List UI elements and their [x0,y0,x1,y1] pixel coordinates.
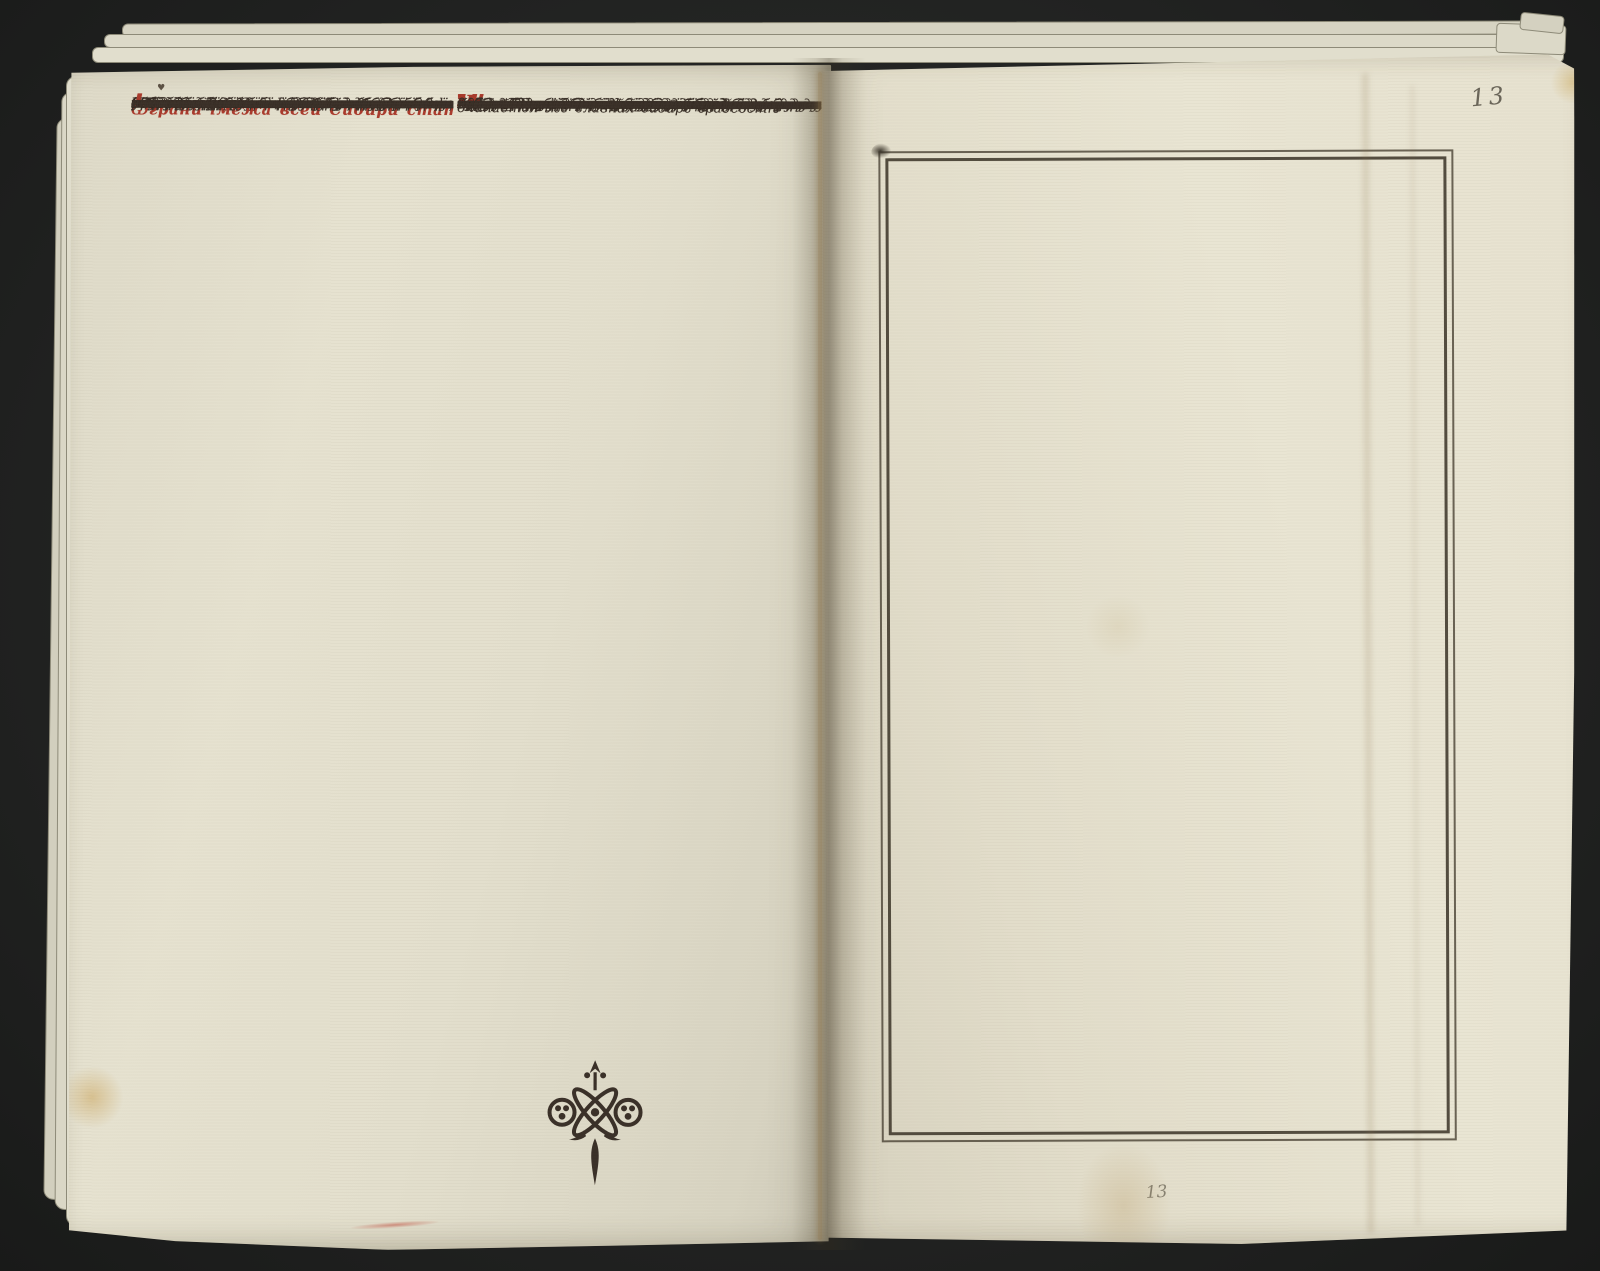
ruled-frame-inner-line [885,156,1449,1135]
stain [1075,1142,1172,1268]
page-stack-edge-top [104,34,1556,48]
stain [1548,60,1596,104]
right-page: 13 13 [822,54,1580,1246]
manuscript-line: всея сибири вубраннахъ : [457,94,651,114]
ink-blot-heart: ♥ [157,83,165,93]
folio-number-bottom: 13 [1145,1182,1168,1203]
ink-blot-corner [871,143,891,158]
manuscript-photo: Белсе страны летячая стрѣла тоболякъгѣда… [0,0,1600,1271]
text-column-left: Белсе страны летячая стрѣла тоболякъгѣда… [129,93,453,1156]
red-smudge [351,1219,439,1231]
text-column-right: Хладная часть ймалоужителна слыша нигдѣ … [455,94,821,1067]
ruled-frame [878,149,1456,1142]
manuscript-line: снежные : Изначала же сибирь [131,93,395,115]
left-page: Белсе страны летячая стрѣла тоболякъгѣда… [69,63,831,1251]
fleuron-ornament [547,1058,643,1190]
folio-number-top: 13 [1469,81,1508,112]
